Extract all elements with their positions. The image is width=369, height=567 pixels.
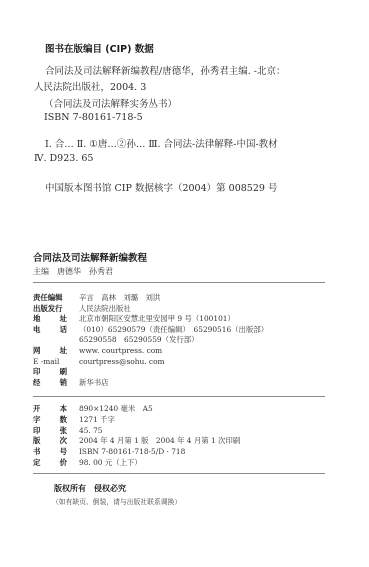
publishing-row: 网址www. courtpress. com	[33, 346, 162, 356]
field-label-part: 定	[33, 458, 40, 468]
specs-row: 定价98. 00 元（上下）	[33, 458, 142, 468]
copyright-note: （如有缺页、倒装，请与出版社联系调换）	[52, 496, 181, 506]
field-label-part: 址	[60, 314, 67, 324]
field-value: 人民法院出版社	[79, 304, 131, 314]
field-label: 印张	[33, 426, 67, 436]
specs-row: 印张45. 75	[33, 426, 103, 436]
field-label: 地址	[33, 314, 67, 324]
field-label-part: 责任编辑	[33, 293, 63, 303]
cip-record-number: 中国版本图书馆 CIP 数据核字（2004）第 008529 号	[45, 180, 277, 194]
specs-row: 开本890×1240 毫米 A5	[33, 404, 153, 414]
field-value: courtpress@sohu. com	[79, 357, 165, 367]
field-label-part: 印	[33, 367, 40, 377]
field-value: www. courtpress. com	[79, 346, 162, 356]
field-label: 开本	[33, 404, 67, 414]
cip-classification: Ⅰ. 合… Ⅱ. ①唐…②孙… Ⅲ. 合同法-法律解释-中国-教材	[45, 136, 278, 150]
field-label: 书号	[33, 447, 67, 457]
cip-line-2: 人民法院出版社，2004. 3	[34, 79, 146, 93]
field-label-part: 版	[33, 436, 40, 446]
publishing-row: 地址北京市朝阳区安慧北里安园甲 9 号（100101）	[33, 314, 235, 324]
field-value: 辛言 高林 刘璐 刘洪	[79, 293, 160, 303]
field-value: 1271 千字	[79, 415, 115, 425]
field-label-part: 数	[60, 415, 67, 425]
field-label-part: 址	[60, 346, 67, 356]
field-label-part: 次	[60, 436, 67, 446]
divider-bottom	[33, 473, 325, 474]
field-label: 字数	[33, 415, 67, 425]
field-value: ISBN 7-80161-718-5/D · 718	[79, 447, 185, 457]
field-label: 经销	[33, 378, 67, 388]
field-value: （010）65290579（责任编辑） 65290516（出版部）	[79, 325, 268, 335]
copyright-title: 版权所有 侵权必究	[54, 483, 126, 494]
field-value: 45. 75	[79, 426, 103, 436]
field-value: 890×1240 毫米 A5	[79, 404, 153, 414]
field-label-part: 本	[60, 404, 67, 414]
field-label-part: 价	[60, 458, 67, 468]
field-value: 2004 年 4 月第 1 版 2004 年 4 月第 1 次印刷	[79, 436, 240, 446]
field-label-part: 经	[33, 378, 40, 388]
divider-middle	[33, 396, 325, 397]
cip-isbn: ISBN 7-80161-718-5	[44, 112, 143, 123]
field-value: 65290558 65290559（发行部）	[79, 335, 199, 345]
field-label: 网址	[33, 346, 67, 356]
field-value: 新华书店	[79, 378, 109, 388]
field-label	[33, 335, 79, 345]
cip-line-1: 合同法及司法解释新编教程/唐德华，孙秀君主编. -北京：	[45, 63, 285, 77]
specs-row: 书号ISBN 7-80161-718-5/D · 718	[33, 447, 185, 457]
specs-row: 字数1271 千字	[33, 415, 115, 425]
field-label: 电话	[33, 325, 67, 335]
publishing-row: 65290558 65290559（发行部）	[33, 335, 199, 345]
cip-heading: 图书在版编目 (CIP) 数据	[45, 41, 154, 55]
field-label-part: 印	[33, 426, 40, 436]
field-label: 出版发行	[33, 304, 79, 314]
cip-series: （合同法及司法解释实务丛书）	[44, 96, 177, 110]
publishing-row: 电话（010）65290579（责任编辑） 65290516（出版部）	[33, 325, 268, 335]
field-label-part: 销	[60, 378, 67, 388]
field-label: E -mail	[33, 357, 79, 367]
field-label: 印刷	[33, 367, 67, 377]
cip-classification-2: Ⅳ. D923. 65	[34, 153, 93, 164]
field-value: 98. 00 元（上下）	[79, 458, 142, 468]
field-label-part: 电	[33, 325, 40, 335]
field-label-part: 地	[33, 314, 40, 324]
publishing-row: E -mailcourtpress@sohu. com	[33, 357, 165, 367]
field-label-part: 字	[33, 415, 40, 425]
field-label-part: 号	[60, 447, 67, 457]
field-label-part: E -mail	[33, 357, 59, 367]
field-label-part: 话	[60, 325, 67, 335]
publishing-row: 责任编辑辛言 高林 刘璐 刘洪	[33, 293, 160, 303]
field-label-part: 网	[33, 346, 40, 356]
divider-top	[33, 282, 325, 283]
field-label-part: 开	[33, 404, 40, 414]
specs-row: 版次2004 年 4 月第 1 版 2004 年 4 月第 1 次印刷	[33, 436, 240, 446]
field-label-part: 书	[33, 447, 40, 457]
field-label: 版次	[33, 436, 67, 446]
field-label-part: 刷	[60, 367, 67, 377]
publishing-row: 出版发行人民法院出版社	[33, 304, 131, 314]
field-label: 责任编辑	[33, 293, 79, 303]
book-title: 合同法及司法解释新编教程	[33, 250, 147, 264]
field-label-part: 张	[60, 426, 67, 436]
field-value: 北京市朝阳区安慧北里安园甲 9 号（100101）	[79, 314, 235, 324]
book-editors: 主编 唐德华 孙秀君	[33, 266, 113, 277]
publishing-row: 经销新华书店	[33, 378, 109, 388]
field-label: 定价	[33, 458, 67, 468]
publishing-row: 印刷	[33, 367, 79, 377]
field-label-part: 出版发行	[33, 304, 63, 314]
